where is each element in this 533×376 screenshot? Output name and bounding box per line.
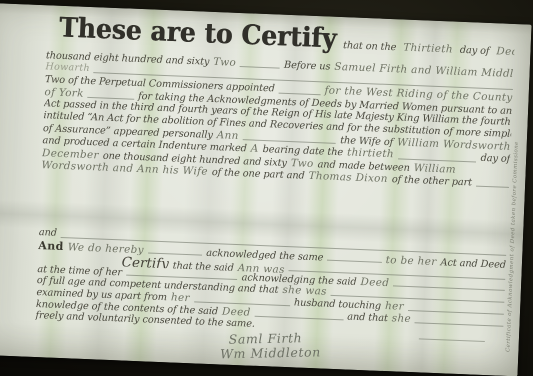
handwritten-text: Two [213, 56, 236, 69]
handwritten-text-faint: Howarth [45, 61, 90, 74]
printed-text: of the one part and [212, 167, 305, 182]
printed-text: Before us [284, 60, 331, 73]
printed-text: and [39, 227, 57, 239]
signature-commissioner-2: Wm Middleton [220, 343, 370, 361]
deed-certificate: These are to Certifythat on theThirtieth… [0, 3, 532, 341]
ruled-blank [88, 95, 134, 100]
printed-text-bold: And [38, 239, 64, 253]
printed-text: of the other part [392, 174, 473, 188]
document-photo: These are to Certifythat on theThirtieth… [0, 0, 533, 376]
handwritten-text: A [251, 143, 259, 155]
certificate-heading: These are to Certify [59, 16, 337, 52]
handwritten-text: Two [291, 157, 314, 170]
printed-text: and that [347, 312, 388, 325]
handwritten-text: December [496, 45, 515, 59]
ruled-blank [279, 90, 321, 95]
printed-text: day of [480, 153, 510, 165]
handwritten-text: her [171, 292, 190, 305]
handwritten-text: Ann [217, 129, 239, 142]
handwritten-text: Thirtieth [403, 42, 453, 56]
handwritten-text: she was [282, 284, 327, 298]
handwritten-text: thirtieth [347, 147, 394, 161]
handwritten-text: she [392, 312, 412, 325]
ruled-blank [240, 64, 280, 69]
handwritten-text: Thomas Dixon [308, 170, 388, 185]
handwritten-text: her [385, 300, 404, 313]
handwritten-text: Deed [360, 276, 389, 289]
printed-text: day of [460, 45, 490, 57]
parchment-paper: These are to Certifythat on theThirtieth… [0, 3, 532, 376]
printed-text: that on the [343, 40, 397, 53]
ruled-blank [476, 183, 509, 187]
handwritten-text: William [414, 162, 457, 176]
